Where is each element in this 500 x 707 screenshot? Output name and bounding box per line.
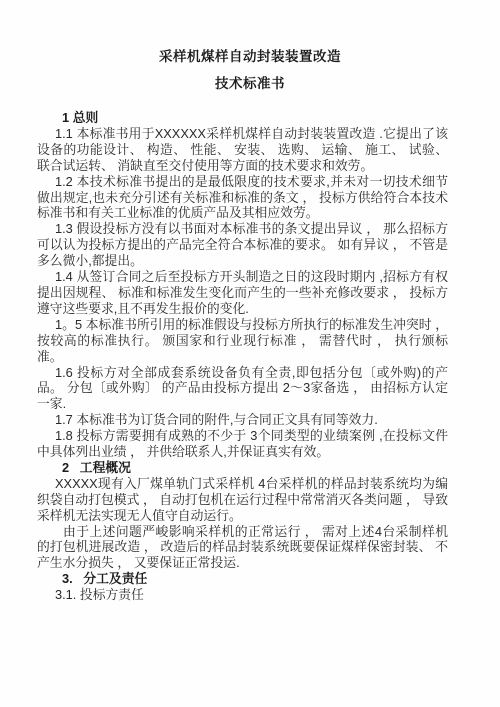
para-1-1: 1.1 本标准书用于XXXXXX采样机煤样自动封装装置改造 .它提出了该设备的功… xyxy=(37,126,448,174)
para-1-4: 1.4 从签订合同之后至投标方开头制造之日的这段时期内 ,招标方有权提出因规程、… xyxy=(37,269,448,317)
para-1-7: 1.7 本标准书为订货合同的附件,与合同正文具有同等效力. xyxy=(37,412,448,428)
heading-division-responsibility: 3. 分工及责任 xyxy=(37,571,448,587)
para-1-6: 1.6 投标方对全部成套系统设备负有全责,即包括分包〔或外购)的产品。 分包〔或… xyxy=(37,365,448,413)
item-3-1-bidder-responsibility: 3.1. 投标方责任 xyxy=(37,587,448,603)
heading-general-rules: 1 总则 xyxy=(37,110,448,126)
para-1-8: 1.8 投标方需要拥有成熟的不少于 3个同类型的业绩案例 ,在投标文件中具体列出… xyxy=(37,428,448,460)
para-1-3: 1.3 假设投标方没有以书面对本标准书的条文提出异议 ， 那么招标方可以认为投标… xyxy=(37,221,448,269)
para-project-overview-1: XXXXX现有入厂煤单轨门式采样机 4台采样机的样品封装系统均为编织袋自动打包模… xyxy=(37,476,448,524)
para-1-5: 1。5 本标准书所引用的标准假设与投标方所执行的标准发生冲突时 ， 按较高的标准… xyxy=(37,317,448,365)
para-project-overview-2: 由于上述问题严峻影响采样机的正常运行 ， 需对上述4台采制样机的打包机进展改造 … xyxy=(37,524,448,572)
document-body: 1 总则 1.1 本标准书用于XXXXXX采样机煤样自动封装装置改造 .它提出了… xyxy=(37,110,448,603)
heading-project-overview: 2 工程概况 xyxy=(37,460,448,476)
document-page: 采样机煤样自动封装装置改造 技术标准书 1 总则 1.1 本标准书用于XXXXX… xyxy=(0,0,500,707)
para-1-2: 1.2 本技术标准书提出的是最低限度的技术要求,并未对一切技术细节做出规定,也未… xyxy=(37,174,448,222)
document-title-line1: 采样机煤样自动封装装置改造 xyxy=(0,43,500,70)
document-title-line2: 技术标准书 xyxy=(0,70,500,97)
document-title-block: 采样机煤样自动封装装置改造 技术标准书 xyxy=(0,43,500,97)
